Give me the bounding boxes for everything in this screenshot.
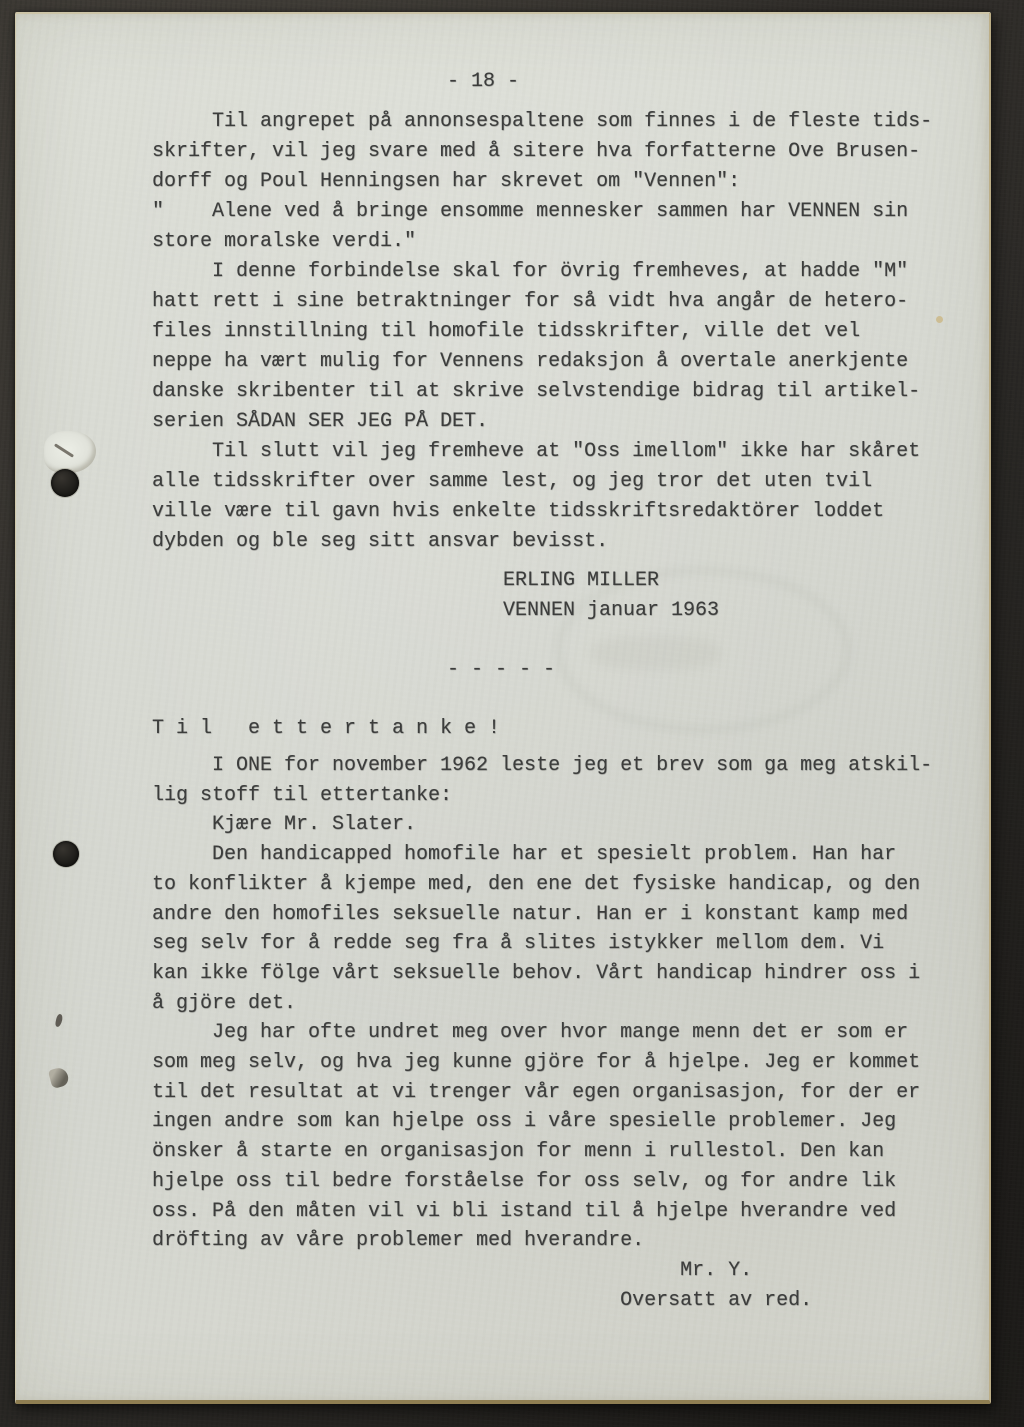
letter-text: I ONE for november 1962 leste jeg et bre… [152,751,932,1315]
reply-article-text: Til angrepet på annonsespaltene som finn… [152,107,932,557]
section-divider: - - - - - [447,655,555,685]
punch-hole-top [51,469,79,497]
punch-hole-bottom [53,841,79,867]
section-heading: T i l e t t e r t a n k e ! [152,714,500,744]
paper-speck [936,316,943,323]
signature-block: ERLING MILLER VENNEN januar 1963 [503,566,719,626]
page-number: - 18 - [447,67,519,97]
watermark-ghost-blob [591,636,721,670]
